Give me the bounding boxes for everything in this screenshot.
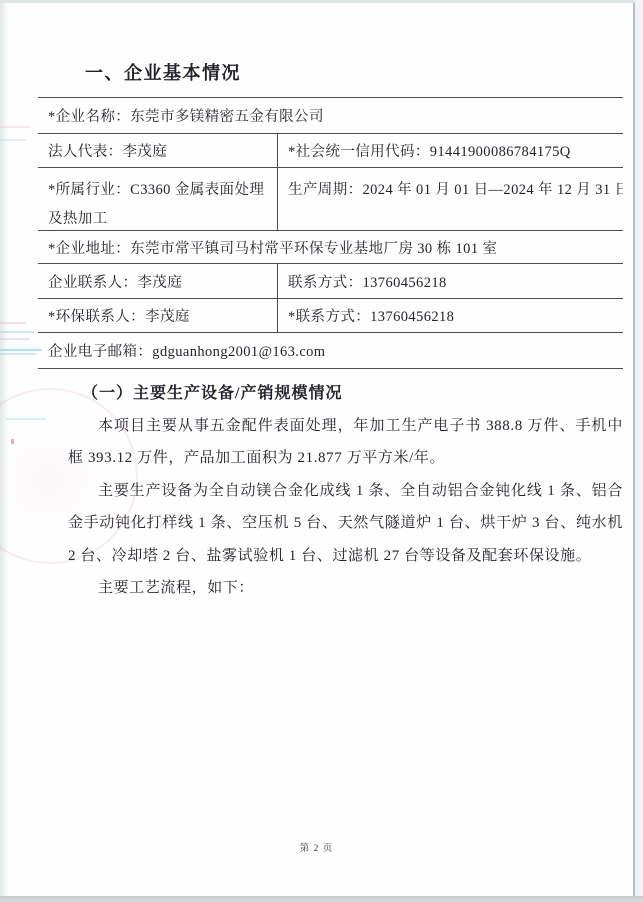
cell-company-name: *企业名称：东莞市多镁精密五金有限公司 — [38, 98, 623, 133]
table-row-industry: *所属行业：C3360 金属表面处理及热加工 生产周期：2024 年 01 月 … — [38, 168, 623, 231]
cell-address: *企业地址：东莞市常平镇司马村常平环保专业基地厂房 30 栋 101 室 — [38, 231, 623, 263]
cell-env-phone: *联系方式：13760456218 — [278, 299, 623, 332]
scanned-document-page: 一、企业基本情况 *企业名称：东莞市多镁精密五金有限公司 法人代表：李茂庭 *社… — [0, 0, 643, 902]
cell-email: 企业电子邮箱：gdguanhong2001@163.com — [38, 333, 623, 368]
cell-company-contact: 企业联系人：李茂庭 — [38, 264, 278, 298]
section-title: 一、企业基本情况 — [38, 60, 623, 86]
cell-production-period: 生产周期：2024 年 01 月 01 日—2024 年 12 月 31 日 — [278, 168, 623, 230]
document-content: 一、企业基本情况 *企业名称：东莞市多镁精密五金有限公司 法人代表：李茂庭 *社… — [0, 0, 643, 902]
table-row-address: *企业地址：东莞市常平镇司马村常平环保专业基地厂房 30 栋 101 室 — [38, 231, 623, 264]
paragraph-production-scale: 本项目主要从事五金配件表面处理，年加工生产电子书 388.8 万件、手机中框 3… — [68, 410, 623, 475]
cell-credit-code: *社会统一信用代码：91441900086784175Q — [278, 134, 623, 167]
body-paragraphs: 本项目主要从事五金配件表面处理，年加工生产电子书 388.8 万件、手机中框 3… — [68, 410, 623, 604]
page-number: 第 2 页 — [0, 840, 633, 854]
table-row-env-contact: *环保联系人：李茂庭 *联系方式：13760456218 — [38, 299, 623, 333]
table-row-company-name: *企业名称：东莞市多镁精密五金有限公司 — [38, 98, 623, 134]
table-row-company-contact: 企业联系人：李茂庭 联系方式：13760456218 — [38, 264, 623, 299]
table-row-legal-rep: 法人代表：李茂庭 *社会统一信用代码：91441900086784175Q — [38, 134, 623, 168]
paragraph-process-intro: 主要工艺流程，如下： — [68, 572, 623, 604]
cell-company-phone: 联系方式：13760456218 — [278, 264, 623, 298]
enterprise-info-table: *企业名称：东莞市多镁精密五金有限公司 法人代表：李茂庭 *社会统一信用代码：9… — [38, 97, 623, 369]
cell-legal-rep: 法人代表：李茂庭 — [38, 134, 278, 167]
cell-env-contact: *环保联系人：李茂庭 — [38, 299, 278, 332]
cell-industry: *所属行业：C3360 金属表面处理及热加工 — [38, 168, 278, 230]
table-row-email: 企业电子邮箱：gdguanhong2001@163.com — [38, 333, 623, 369]
subsection-title: （一）主要生产设备/产销规模情况 — [38, 382, 623, 405]
paragraph-equipment: 主要生产设备为全自动镁合金化成线 1 条、全自动铝合金钝化线 1 条、铝合金手动… — [68, 475, 623, 572]
